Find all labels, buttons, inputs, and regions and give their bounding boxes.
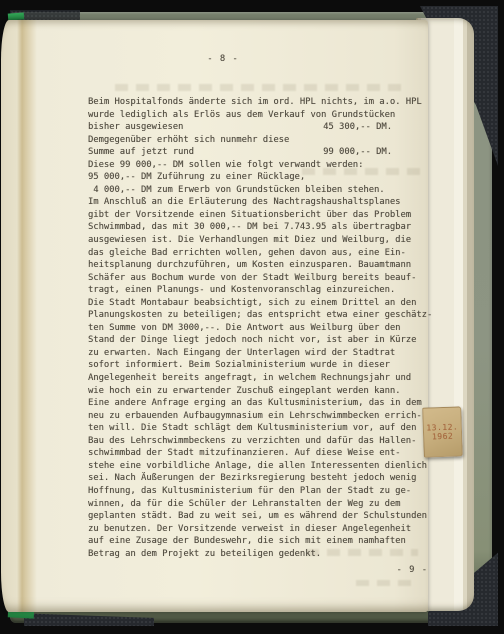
text-line: 95 000,-- DM Zuführung zu einer Rücklage… bbox=[88, 171, 428, 184]
text-line: auf eine Zusage der Bundeswehr, die sich… bbox=[88, 535, 428, 548]
text-line: Demgegenüber erhöht sich nunmehr diese bbox=[88, 134, 428, 147]
text-line-content: sei. Nach Äußerungen der Bezirksregierun… bbox=[88, 473, 416, 483]
text-line: wie hoch ein zu erwartender Zuschuß eing… bbox=[88, 385, 428, 398]
text-line-content: ten Summe von DM 3000,--. Die Antwort au… bbox=[88, 323, 400, 333]
text-line: heitsplanung durchzuführen, um Kosten ei… bbox=[88, 259, 428, 272]
text-line-content: Eine andere Anfrage erging an das Kultus… bbox=[88, 398, 422, 408]
text-line-content: neu zu erbauenden Aufbaugymnasium ein Le… bbox=[88, 411, 422, 421]
text-line: Beim Hospitalfonds änderte sich im ord. … bbox=[88, 96, 428, 109]
text-line-content: 4 000,-- DM zum Erwerb von Grundstücken … bbox=[88, 185, 385, 195]
text-line: ten will. Die Stadt schlägt dem Kultusmi… bbox=[88, 422, 428, 435]
text-line: Diese 99 000,-- DM sollen wie folgt verw… bbox=[88, 159, 428, 172]
text-line: Die Stadt Montabaur beabsichtigt, sich z… bbox=[88, 297, 428, 310]
text-line-content: Demgegenüber erhöht sich nunmehr diese bbox=[88, 135, 289, 145]
text-line-content: Die Stadt Montabaur beabsichtigt, sich z… bbox=[88, 298, 416, 308]
text-line-content: Hoffnung, das Kultusministerium für den … bbox=[88, 486, 411, 496]
text-line-content: Im Anschluß an die Erläuterung des Nacht… bbox=[88, 197, 400, 207]
text-line-content: Beim Hospitalfonds änderte sich im ord. … bbox=[88, 97, 422, 107]
page-number-bottom: - 9 - bbox=[88, 565, 466, 575]
text-line: Summe auf jetzt rund99 000,-- DM. bbox=[88, 146, 428, 159]
date-tab-day-month: 13.12. bbox=[426, 422, 458, 433]
text-line: tragt, einen Planungs- und Kostenvoransc… bbox=[88, 284, 428, 297]
text-line-content: Diese 99 000,-- DM sollen wie folgt verw… bbox=[88, 160, 363, 170]
text-line: Schäfer aus Bochum wurde von der Stadt W… bbox=[88, 272, 428, 285]
text-line: das gleiche Bad errichten wollen, gehen … bbox=[88, 247, 428, 260]
text-line: Stand der Dinge liegt jedoch noch nicht … bbox=[88, 334, 428, 347]
text-line-content: Schäfer aus Bochum wurde von der Stadt W… bbox=[88, 273, 416, 283]
text-line: zu erwarten. Nach Eingang der Unterlagen… bbox=[88, 347, 428, 360]
text-line-content: heitsplanung durchzuführen, um Kosten ei… bbox=[88, 260, 411, 270]
amount-value: 45 300,-- DM. bbox=[323, 121, 428, 134]
text-line-content: Bau des Lehrschwimmbeckens zu verzichten… bbox=[88, 436, 416, 446]
text-line-content: bisher ausgewiesen bbox=[88, 121, 183, 134]
text-line: gibt der Vorsitzende einen Situationsber… bbox=[88, 209, 428, 222]
text-line-content: Betrag an dem Projekt zu beteiligen gede… bbox=[88, 549, 321, 559]
bleed-through-text bbox=[115, 84, 403, 91]
amount-value: 99 000,-- DM. bbox=[323, 146, 428, 159]
text-line: Hoffnung, das Kultusministerium für den … bbox=[88, 485, 428, 498]
text-line: sofort informiert. Beim Sozialministeriu… bbox=[88, 359, 428, 372]
text-line: Schwimmbad, das mit 30 000,-- DM bei 7.7… bbox=[88, 221, 428, 234]
text-line-content: Summe auf jetzt rund bbox=[88, 146, 194, 159]
text-line: winnen, da für die Schüler der Lehransta… bbox=[88, 498, 428, 511]
text-line: schwimmbad der Stadt mitzufinanzieren. A… bbox=[88, 447, 428, 460]
text-line: ausgewiesen ist. Die Verhandlungen mit D… bbox=[88, 234, 428, 247]
text-line-content: winnen, da für die Schüler der Lehransta… bbox=[88, 499, 400, 509]
text-line: Angelegenheit bereits angefragt, in welc… bbox=[88, 372, 428, 385]
text-line-content: ten will. Die Stadt schlägt dem Kultusmi… bbox=[88, 423, 416, 433]
text-line: bisher ausgewiesen45 300,-- DM. bbox=[88, 121, 428, 134]
bleed-through-text bbox=[356, 580, 414, 586]
text-line-content: geplanten städt. Bad zu weit sei, um es … bbox=[88, 511, 427, 521]
text-line: 4 000,-- DM zum Erwerb von Grundstücken … bbox=[88, 184, 428, 197]
text-line: Planungskosten zu beteiligen; das entspr… bbox=[88, 309, 428, 322]
text-line: Eine andere Anfrage erging an das Kultus… bbox=[88, 397, 428, 410]
text-line-content: das gleiche Bad errichten wollen, gehen … bbox=[88, 248, 406, 258]
page-number-top: - 8 - bbox=[88, 54, 358, 64]
text-line-content: Angelegenheit bereits angefragt, in welc… bbox=[88, 373, 411, 383]
text-line-content: 95 000,-- DM Zuführung zu einer Rücklage… bbox=[88, 172, 305, 182]
date-tab-year: 1962 bbox=[432, 432, 454, 442]
text-line: neu zu erbauenden Aufbaugymnasium ein Le… bbox=[88, 410, 428, 423]
document-body: Beim Hospitalfonds änderte sich im ord. … bbox=[88, 96, 428, 560]
text-line: geplanten städt. Bad zu weit sei, um es … bbox=[88, 510, 428, 523]
photographed-book-scene: - 8 - Beim Hospitalfonds änderte sich im… bbox=[0, 0, 504, 634]
text-line: stehe eine vorbildliche Anlage, die alle… bbox=[88, 460, 428, 473]
text-line: Betrag an dem Projekt zu beteiligen gede… bbox=[88, 548, 428, 561]
date-tab: 13.12. 1962 bbox=[422, 406, 463, 457]
text-line: Bau des Lehrschwimmbeckens zu verzichten… bbox=[88, 435, 428, 448]
text-line-content: wurde lediglich als Erlös aus dem Verkau… bbox=[88, 110, 395, 120]
text-line: zu benutzen. Der Vorsitzende verweist in… bbox=[88, 523, 428, 536]
text-line-content: Stand der Dinge liegt jedoch noch nicht … bbox=[88, 335, 416, 345]
text-line-content: schwimmbad der Stadt mitzufinanzieren. A… bbox=[88, 448, 400, 458]
text-line-content: sofort informiert. Beim Sozialministeriu… bbox=[88, 360, 390, 370]
text-line: Im Anschluß an die Erläuterung des Nacht… bbox=[88, 196, 428, 209]
text-line-content: Planungskosten zu beteiligen; das entspr… bbox=[88, 310, 432, 320]
text-line-content: ausgewiesen ist. Die Verhandlungen mit D… bbox=[88, 235, 411, 245]
text-line-content: Schwimmbad, das mit 30 000,-- DM bei 7.7… bbox=[88, 222, 411, 232]
text-line-content: tragt, einen Planungs- und Kostenvoransc… bbox=[88, 285, 395, 295]
text-line-content: gibt der Vorsitzende einen Situationsber… bbox=[88, 210, 411, 220]
text-line-content: auf eine Zusage der Bundeswehr, die sich… bbox=[88, 536, 406, 546]
text-line: wurde lediglich als Erlös aus dem Verkau… bbox=[88, 109, 428, 122]
text-line-content: zu benutzen. Der Vorsitzende verweist in… bbox=[88, 524, 411, 534]
text-line-content: zu erwarten. Nach Eingang der Unterlagen… bbox=[88, 348, 395, 358]
text-line: sei. Nach Äußerungen der Bezirksregierun… bbox=[88, 472, 428, 485]
text-line: ten Summe von DM 3000,--. Die Antwort au… bbox=[88, 322, 428, 335]
text-line-content: stehe eine vorbildliche Anlage, die alle… bbox=[88, 461, 427, 471]
text-line-content: wie hoch ein zu erwartender Zuschuß eing… bbox=[88, 386, 400, 396]
